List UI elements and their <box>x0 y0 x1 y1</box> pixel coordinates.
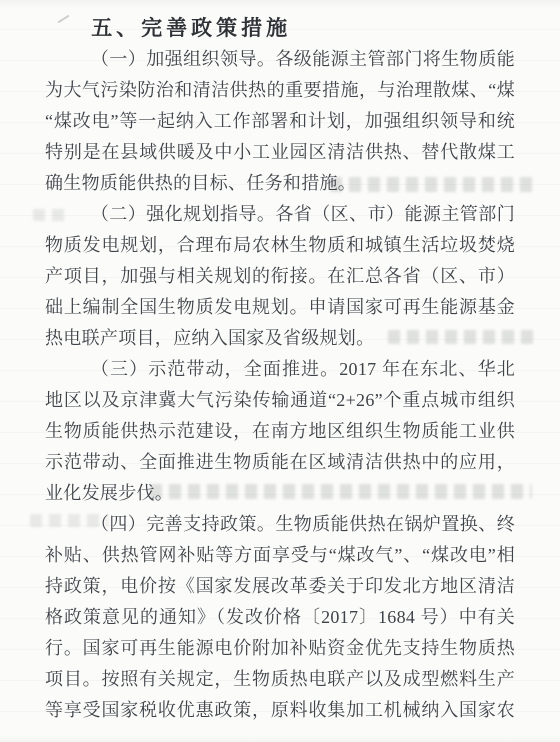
document-text: 五、完善政策措施 （一）加强组织领导。各级能源主管部门将生物质能供热作为大气污染… <box>45 12 515 726</box>
text-line: 地区以及京津冀大气污染传输通道“2+26”个重点城市组织县域 <box>45 385 515 416</box>
text-line: 产项目，加强与相关规划的衔接。在汇总各省（区、市）规划基 <box>45 261 515 292</box>
text-line: 生物质能供热示范建设，在南方地区组织生物质能工业供热示范， <box>45 416 515 447</box>
text-line: （二）强化规划指导。各省（区、市）能源主管部门编制生 <box>45 199 515 230</box>
text-line: 物质发电规划，合理布局农林生物质和城镇生活垃圾焚烧热电联 <box>45 230 515 261</box>
text-line: 业化发展步伐。 <box>45 478 515 509</box>
text-line: 项目。按照有关规定，生物质热电联产以及成型燃料生产和供热 <box>45 664 515 695</box>
text-line: 示范带动、全面推进生物质能在区域清洁供热中的应用，加快产 <box>45 447 515 478</box>
text-line: “煤改电”等一起纳入工作部署和计划，加强组织领导和统筹协调， <box>45 106 515 137</box>
section-heading: 五、完善政策措施 <box>45 12 515 44</box>
text-line: 热电联产项目，应纳入国家及省级规划。 <box>45 323 515 354</box>
text-line: （一）加强组织领导。各级能源主管部门将生物质能供热作 <box>45 44 515 75</box>
text-line: 特别是在县域供暖及中小工业园区清洁供热、替代散煤工作中明 <box>45 137 515 168</box>
text-line: 持政策，电价按《国家发展改革委关于印发北方地区清洁供暖价 <box>45 571 515 602</box>
text-line: 为大气污染防治和清洁供热的重要措施，与治理散煤、“煤改气”、 <box>45 75 515 106</box>
text-line: 补贴、供热管网补贴等方面享受与“煤改气”、“煤改电”相同的支 <box>45 540 515 571</box>
text-line: 础上编制全国生物质发电规划。申请国家可再生能源基金补贴的 <box>45 292 515 323</box>
text-line: 确生物质能供热的目标、任务和措施。 <box>45 168 515 199</box>
text-line: 行。国家可再生能源电价附加补贴资金优先支持生物质热电联产 <box>45 633 515 664</box>
text-line: （四）完善支持政策。生物质能供热在锅炉置换、终端取暖 <box>45 509 515 540</box>
text-line: 等享受国家税收优惠政策，原料收集加工机械纳入国家农机具补 <box>45 695 515 726</box>
text-line: （三）示范带动，全面推进。2017 年在东北、华北等北方 <box>45 354 515 385</box>
scanned-document-page: 五、完善政策措施 （一）加强组织领导。各级能源主管部门将生物质能供热作为大气污染… <box>0 0 560 742</box>
text-line: 格政策意见的通知》（发改价格〔2017〕1684 号）中有关规定执 <box>45 602 515 633</box>
paragraphs-container: （一）加强组织领导。各级能源主管部门将生物质能供热作为大气污染防治和清洁供热的重… <box>45 44 515 726</box>
